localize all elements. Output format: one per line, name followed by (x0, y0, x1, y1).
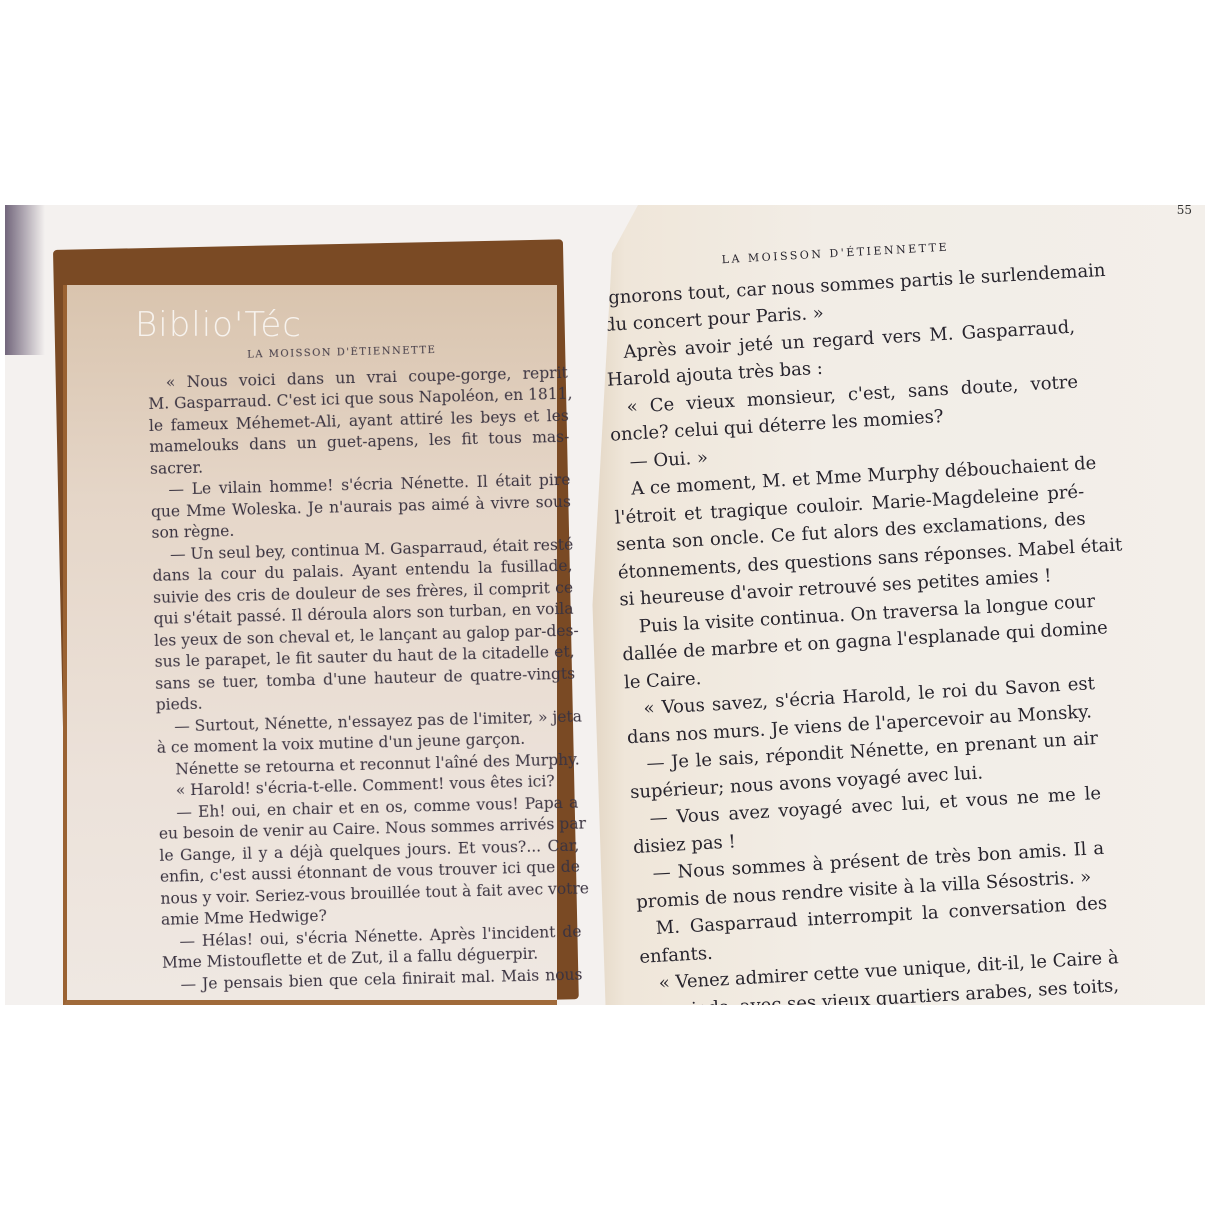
left-page: LA MOISSON D'ÉTIENNETTE « Nous voici dan… (63, 285, 557, 1005)
left-page-lines: « Nous voici dans un vrai coupe-gorge, r… (148, 362, 583, 996)
background-shadow (5, 205, 45, 355)
watermark-logo: Biblio'Téc (135, 305, 302, 345)
right-page-lines: ignorons tout, car nous sommes partis le… (602, 258, 1116, 1005)
left-page-text: LA MOISSON D'ÉTIENNETTE « Nous voici dan… (147, 337, 583, 996)
right-page: 55 LA MOISSON D'ÉTIENNETTE ignorons tout… (560, 205, 1205, 1005)
right-page-text: LA MOISSON D'ÉTIENNETTE ignorons tout, c… (600, 227, 1116, 1005)
page-number: 55 (1177, 205, 1192, 217)
